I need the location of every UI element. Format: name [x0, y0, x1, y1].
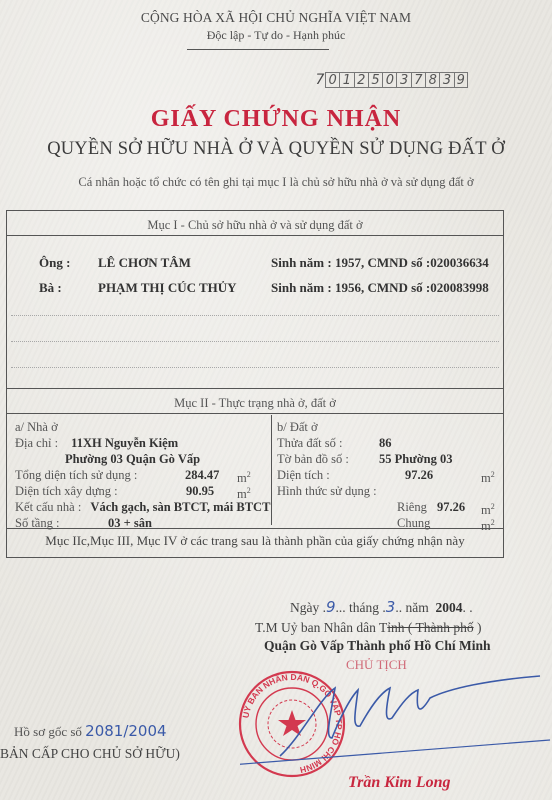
authority-line: T.M Uỷ ban Nhân dân Tỉnh ( Thành phố )	[255, 620, 481, 636]
day-value: 9	[326, 598, 336, 616]
signature-icon	[240, 668, 552, 768]
parcel-label: Thửa đất số :	[277, 435, 342, 451]
month-label: tháng	[349, 600, 379, 615]
serial-digit: 8	[425, 72, 439, 88]
section-1-heading: Mục I - Chủ sở hữu nhà ở và sử dụng đất …	[7, 215, 503, 236]
issue-date: Ngày .9... tháng .3.. năm 2004. .	[290, 598, 473, 616]
build-area-value: 90.95	[186, 483, 214, 499]
authority-prefix: T.M Uỷ ban Nhân dân T	[255, 620, 387, 635]
owner-name: LÊ CHƠN TÂM	[98, 255, 191, 271]
private-label: Riêng	[397, 499, 427, 515]
total-area-label: Tổng diện tích sử dụng :	[15, 468, 137, 482]
serial-digit: 0	[382, 72, 396, 88]
motto-underline	[187, 49, 329, 50]
year-label: năm	[405, 600, 428, 615]
total-area-value: 284.47	[185, 467, 219, 483]
land-area-value: 97.26	[405, 467, 433, 483]
address-line-1: 11XH Nguyễn Kiệm	[71, 436, 178, 450]
intro-text: Cá nhân hoặc tổ chức có tên ghi tại mục …	[0, 175, 552, 190]
build-area-label: Diện tích xây dựng :	[15, 483, 118, 499]
month-value: 3	[386, 598, 396, 616]
copy-note: BẢN CẤP CHO CHỦ SỞ HỮU)	[0, 746, 180, 762]
authority-suffix: )	[474, 620, 482, 635]
authority-struck: ỉnh ( Thành phố	[387, 620, 473, 635]
owner-info: Sinh năm : 1956, CMND số :020083998	[271, 280, 489, 296]
blank-line	[11, 367, 499, 368]
serial-digit: 0	[325, 72, 339, 88]
map-value: 55 Phường 03	[379, 451, 452, 467]
certificate-subtitle: QUYỀN SỞ HỮU NHÀ Ở VÀ QUYỀN SỬ DỤNG ĐẤT …	[0, 139, 552, 160]
private-value: 97.26	[437, 499, 465, 515]
year-value: 2004	[435, 600, 462, 615]
usage-label: Hình thức sử dụng :	[277, 483, 377, 499]
serial-digit: 7	[411, 72, 425, 88]
serial-digit: 9	[454, 72, 468, 88]
record-label: Hồ sơ gốc số	[14, 724, 82, 739]
section-2-box: Mục II - Thực trạng nhà ở, đất ở a/ Nhà …	[6, 388, 504, 558]
day-label: Ngày	[290, 600, 319, 615]
signer-name: Trần Kim Long	[348, 774, 451, 792]
certificate-title: GIẤY CHỨNG NHẬN	[0, 106, 552, 133]
blank-line	[11, 341, 499, 342]
owner-title: Ông :	[39, 255, 70, 271]
address-line-2: Phường 03 Quận Gò Vấp	[65, 451, 200, 467]
serial-digit: 3	[396, 72, 410, 88]
owner-info: Sinh năm : 1957, CMND số :020036634	[271, 255, 489, 271]
district-name: Quận Gò Vấp Thành phố Hồ Chí Minh	[264, 638, 490, 654]
section-1-box: Mục I - Chủ sở hữu nhà ở và sử dụng đất …	[6, 210, 504, 389]
structure-value: Vách gạch, sàn BTCT, mái BTCT	[90, 500, 270, 514]
unit: m	[481, 471, 491, 485]
serial-number: 7 0 1 2 5 0 3 7 8 3 9	[315, 72, 468, 88]
owner-title: Bà :	[39, 280, 62, 296]
record-number: Hồ sơ gốc số 2081/2004	[14, 722, 167, 740]
record-value: 2081/2004	[85, 722, 166, 740]
parcel-value: 86	[379, 435, 392, 451]
blank-line	[11, 315, 499, 316]
land-area-label: Diện tích :	[277, 467, 330, 483]
motto: Độc lập - Tự do - Hạnh phúc	[0, 28, 552, 43]
owner-name: PHẠM THỊ CÚC THỦY	[98, 280, 237, 296]
serial-digit: 2	[354, 72, 368, 88]
house-label: a/ Nhà ở	[15, 419, 58, 435]
structure-label: Kết cấu nhà :	[15, 500, 81, 514]
map-label: Tờ bản đồ số :	[277, 451, 349, 467]
address-label: Địa chỉ :	[15, 436, 58, 450]
serial-digit: 3	[439, 72, 453, 88]
serial-prefix: 7	[315, 72, 325, 88]
nation-heading: CỘNG HÒA XÃ HỘI CHỦ NGHĨA VIỆT NAM	[0, 10, 552, 26]
land-label: b/ Đất ở	[277, 419, 318, 435]
column-divider	[271, 415, 272, 525]
serial-digit: 5	[368, 72, 382, 88]
serial-digit: 1	[339, 72, 353, 88]
section-2-heading: Mục II - Thực trạng nhà ở, đất ở	[7, 393, 503, 414]
section-2-footer: Mục IIc,Mục III, Mục IV ở các trang sau …	[7, 528, 503, 553]
